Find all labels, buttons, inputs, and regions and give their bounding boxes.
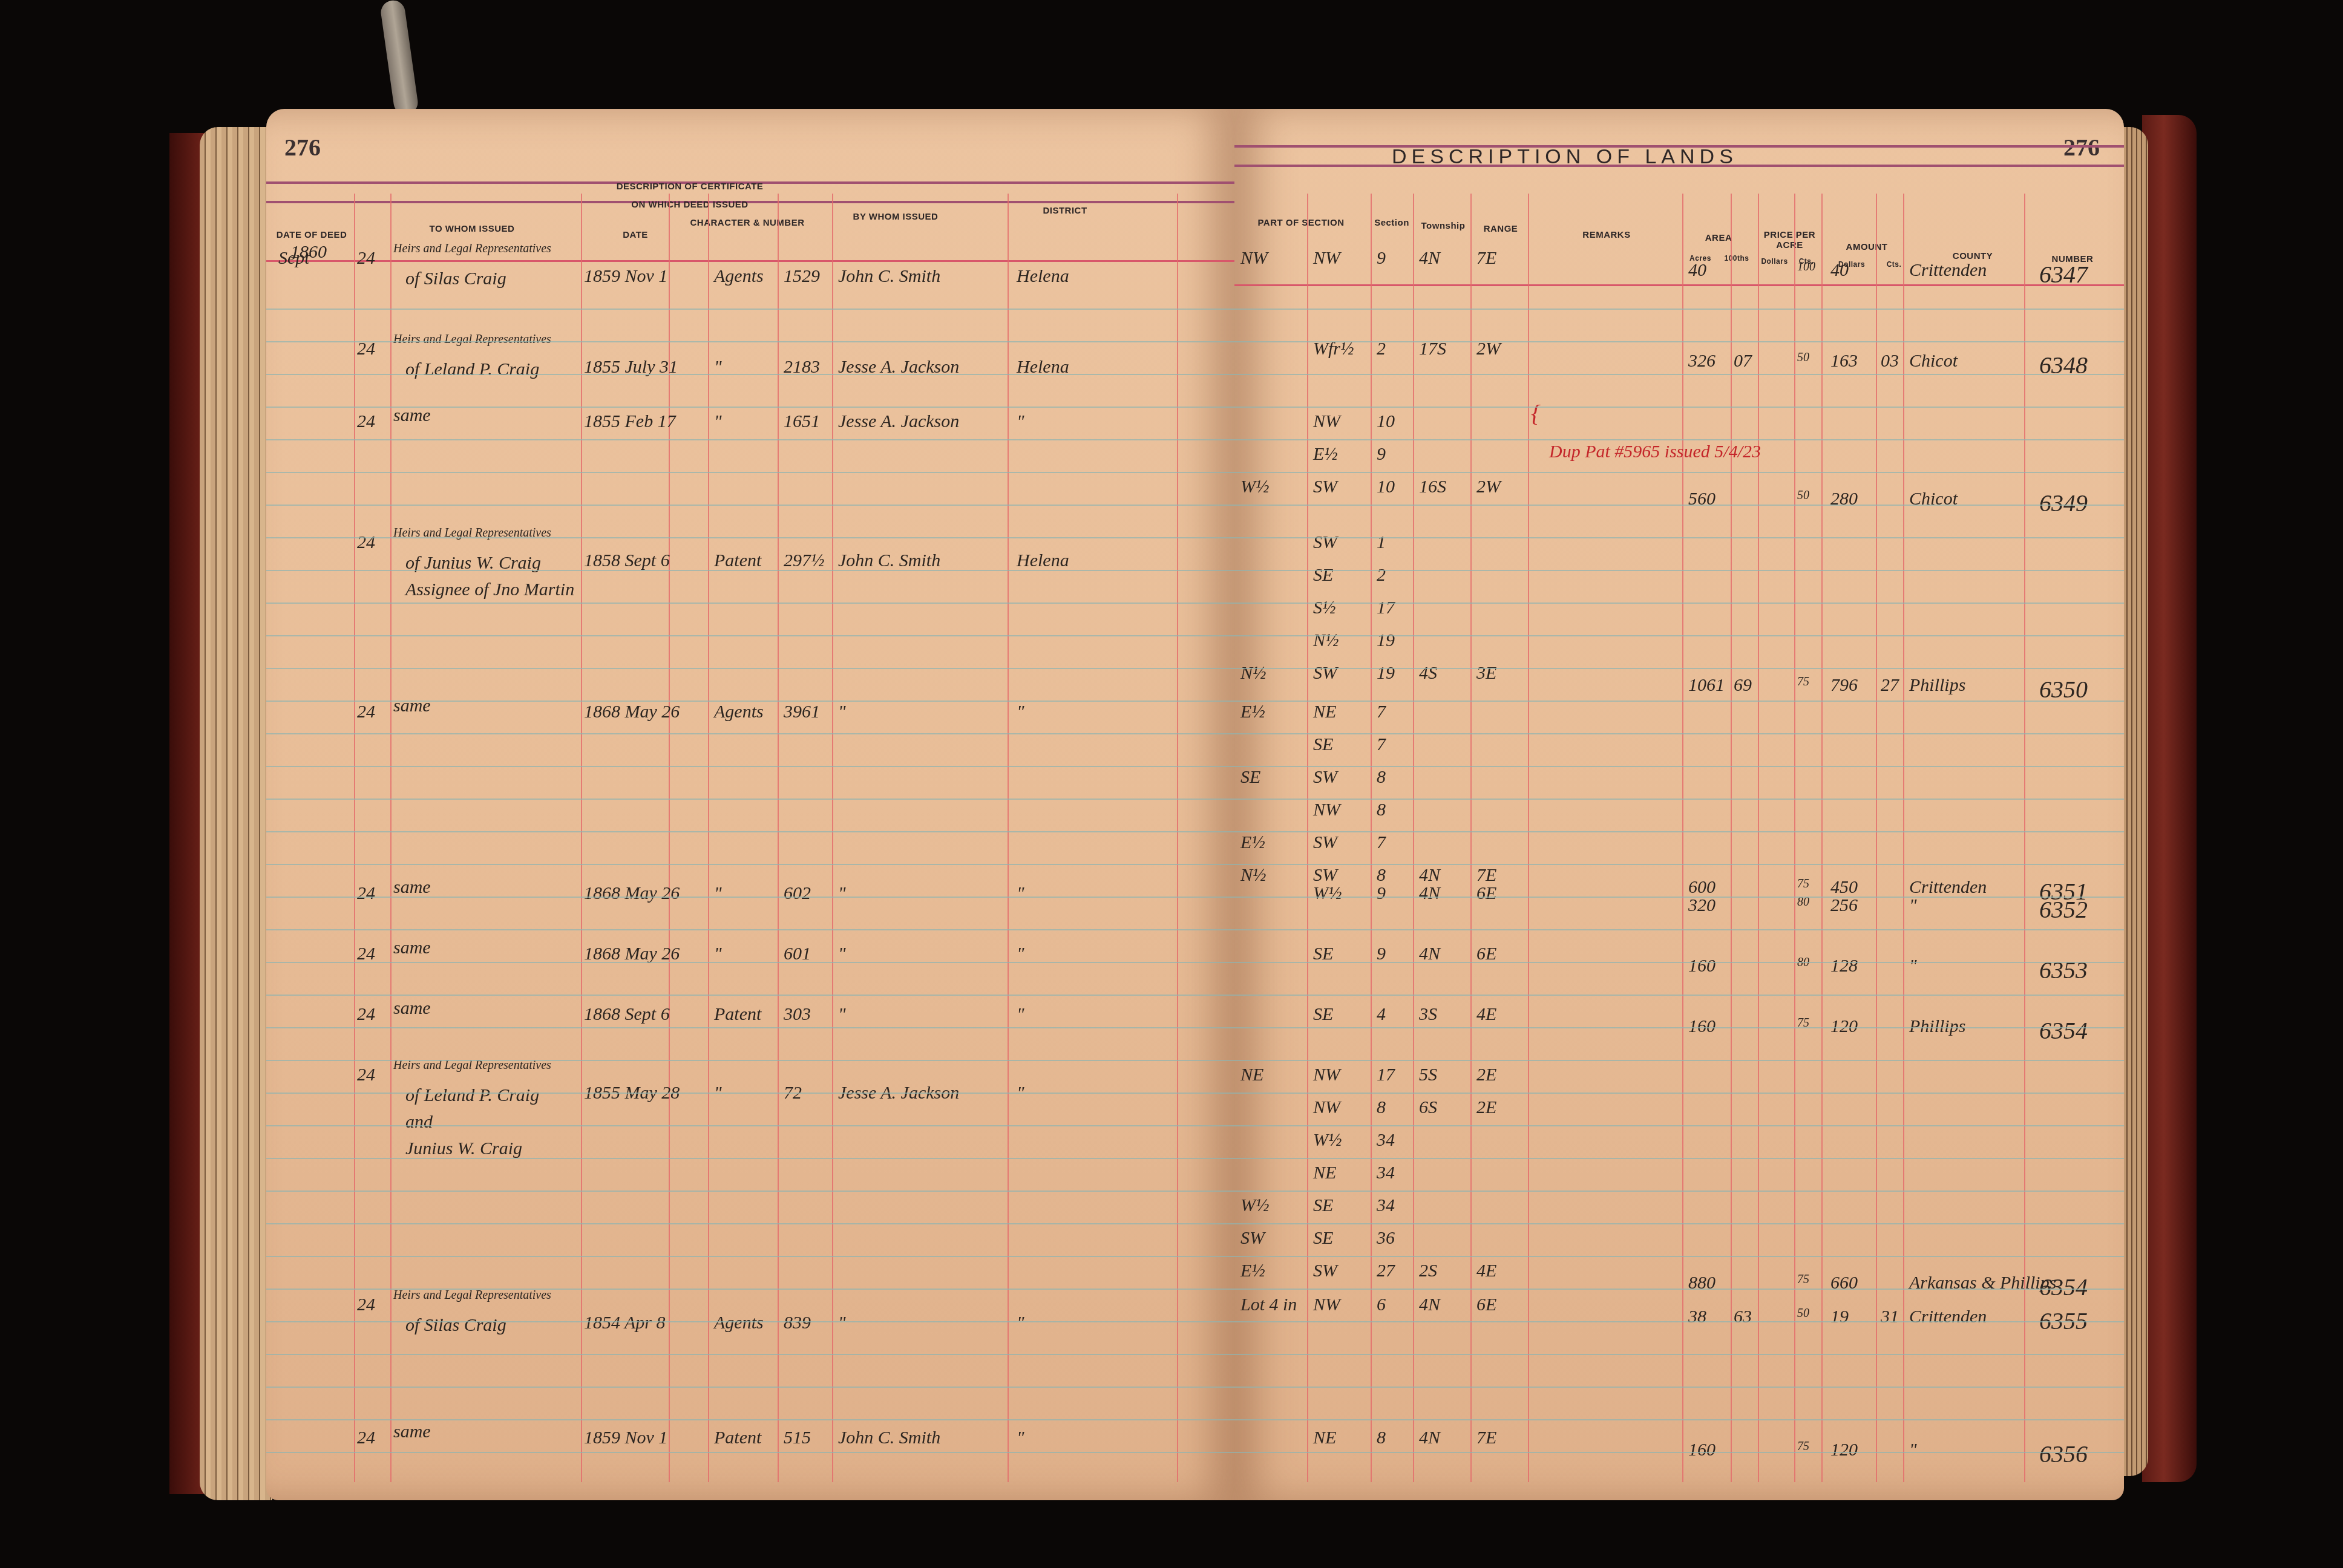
township: 4N bbox=[1419, 944, 1440, 964]
county: Crittenden bbox=[1909, 260, 1987, 281]
header-by-whom-issued: BY WHOM ISSUED bbox=[811, 212, 980, 222]
certificate-date: 1854 Apr 8 bbox=[584, 1313, 665, 1333]
amount-dollars: 120 bbox=[1830, 1016, 1858, 1037]
header-district: DISTRICT bbox=[980, 206, 1150, 216]
quarter-section: E½ bbox=[1313, 444, 1338, 465]
certificate-number: 602 bbox=[784, 883, 811, 904]
range: 4E bbox=[1476, 1004, 1496, 1025]
ruled-line bbox=[266, 1158, 1234, 1159]
amount-dollars: 40 bbox=[1830, 260, 1849, 281]
price-per-acre-cts: 50 bbox=[1797, 1307, 1809, 1321]
price-per-acre-cts: 100 bbox=[1797, 260, 1815, 274]
quarter-section: NW bbox=[1313, 1097, 1340, 1118]
book-cover-right bbox=[2142, 115, 2197, 1482]
ruled-line bbox=[266, 1191, 1234, 1192]
certificate-number: 303 bbox=[784, 1004, 811, 1025]
ruled-line bbox=[1234, 1256, 2124, 1257]
certificate-character: " bbox=[714, 883, 722, 904]
section-number: 10 bbox=[1377, 477, 1395, 497]
ruled-line bbox=[1234, 1387, 2124, 1388]
ruled-line bbox=[266, 505, 1234, 506]
ruled-line bbox=[1234, 1158, 2124, 1159]
ruled-line bbox=[266, 1060, 1234, 1061]
quarter-section: NE bbox=[1313, 1428, 1336, 1448]
quarter-section: SE bbox=[1313, 734, 1333, 755]
section-number: 17 bbox=[1377, 1065, 1395, 1085]
ruled-line bbox=[1234, 831, 2124, 832]
ruled-line bbox=[266, 537, 1234, 538]
header-cert-date: DATE bbox=[581, 230, 690, 240]
part-of-section: SW bbox=[1240, 1228, 1265, 1249]
section-number: 9 bbox=[1377, 883, 1386, 904]
quarter-section: SW bbox=[1313, 865, 1337, 886]
area-acres: 160 bbox=[1688, 1440, 1715, 1460]
certificate-character: Agents bbox=[714, 266, 764, 287]
page-edges-left bbox=[200, 127, 272, 1500]
ruled-line bbox=[1234, 635, 2124, 636]
township: 4N bbox=[1419, 1295, 1440, 1315]
ruled-line bbox=[1234, 1093, 2124, 1094]
ruled-line bbox=[266, 897, 1234, 898]
deed-number: 6350 bbox=[2039, 675, 2088, 704]
area-acres: 560 bbox=[1688, 489, 1715, 509]
township: 4N bbox=[1419, 883, 1440, 904]
ruled-line bbox=[266, 962, 1234, 963]
ruled-line bbox=[266, 864, 1234, 865]
quarter-section: SE bbox=[1313, 944, 1333, 964]
range: 4E bbox=[1476, 1261, 1496, 1281]
range: 6E bbox=[1476, 944, 1496, 964]
quarter-section: SW bbox=[1313, 477, 1337, 497]
part-of-section: Lot 4 in bbox=[1240, 1295, 1297, 1315]
quarter-section: SE bbox=[1313, 1195, 1333, 1216]
certificate-number: 297½ bbox=[784, 550, 825, 571]
ruled-line bbox=[266, 668, 1234, 669]
section-number: 34 bbox=[1377, 1195, 1395, 1216]
range: 2W bbox=[1476, 477, 1501, 497]
part-of-section: E½ bbox=[1240, 832, 1265, 853]
ruled-line bbox=[266, 472, 1234, 473]
certificate-number: 839 bbox=[784, 1313, 811, 1333]
deed-day: 24 bbox=[357, 702, 375, 722]
ruled-line bbox=[266, 341, 1234, 342]
ruled-line bbox=[1234, 537, 2124, 538]
header-to-whom-issued: TO WHOM ISSUED bbox=[387, 224, 557, 234]
deed-number: 6356 bbox=[2039, 1440, 2088, 1468]
certificate-date: 1855 Feb 17 bbox=[584, 411, 676, 432]
deed-day: 24 bbox=[357, 1065, 375, 1085]
county: Chicot bbox=[1909, 489, 1958, 509]
range: 3E bbox=[1476, 663, 1496, 684]
quarter-section: SW bbox=[1313, 532, 1337, 553]
township: 16S bbox=[1419, 477, 1446, 497]
issued-by: " bbox=[838, 702, 846, 722]
range: 2E bbox=[1476, 1065, 1496, 1085]
ruled-line bbox=[266, 635, 1234, 636]
ruled-line bbox=[1234, 1027, 2124, 1028]
amount-dollars: 19 bbox=[1830, 1307, 1849, 1327]
deed-number: 6347 bbox=[2039, 260, 2088, 289]
quarter-section: NE bbox=[1313, 702, 1336, 722]
ruled-line bbox=[266, 1223, 1234, 1224]
section-number: 2 bbox=[1377, 565, 1386, 586]
township: 4S bbox=[1419, 663, 1437, 684]
header-amount-cts: Cts. bbox=[1879, 260, 1909, 269]
area-acres: 320 bbox=[1688, 895, 1715, 916]
ruled-line bbox=[1234, 897, 2124, 898]
header-certificate-group: DESCRIPTION OF CERTIFICATE bbox=[581, 181, 799, 192]
ruled-line bbox=[266, 374, 1234, 375]
header-area: AREA bbox=[1682, 233, 1755, 243]
part-of-section: W½ bbox=[1240, 1195, 1270, 1216]
ruled-line bbox=[266, 1452, 1234, 1453]
part-of-section: NW bbox=[1240, 248, 1268, 269]
deed-number: 6353 bbox=[2039, 956, 2088, 984]
description-of-lands-title: DESCRIPTION OF LANDS bbox=[1392, 145, 1738, 169]
price-per-acre-cts: 75 bbox=[1797, 877, 1809, 891]
range: 7E bbox=[1476, 1428, 1496, 1448]
amount-dollars: 128 bbox=[1830, 956, 1858, 976]
to-whom-issued-line: of Leland P. Craig bbox=[405, 359, 539, 380]
header-character-number: CHARACTER & NUMBER bbox=[690, 218, 805, 228]
issued-by: " bbox=[838, 1004, 846, 1025]
ruled-line bbox=[1234, 341, 2124, 342]
ruled-line bbox=[266, 309, 1234, 310]
part-of-section: N½ bbox=[1240, 865, 1267, 886]
section-number: 1 bbox=[1377, 532, 1386, 553]
area-acres: 160 bbox=[1688, 1016, 1715, 1037]
to-whom-issued-line: same bbox=[393, 998, 431, 1019]
ruled-line bbox=[266, 799, 1234, 800]
district: " bbox=[1017, 702, 1024, 722]
ruled-line bbox=[266, 733, 1234, 734]
area-acres: 880 bbox=[1688, 1273, 1715, 1293]
ruled-line bbox=[1234, 1289, 2124, 1290]
deed-day: 24 bbox=[357, 248, 375, 269]
deed-day: 24 bbox=[357, 1004, 375, 1025]
to-whom-issued-line: Heirs and Legal Representatives bbox=[393, 1289, 551, 1302]
price-per-acre-cts: 75 bbox=[1797, 675, 1809, 689]
section-number: 34 bbox=[1377, 1163, 1395, 1183]
ruled-line bbox=[1234, 309, 2124, 310]
certificate-number: 3961 bbox=[784, 702, 820, 722]
ruled-line bbox=[1234, 733, 2124, 734]
quarter-section: NW bbox=[1313, 1065, 1340, 1085]
section-number: 8 bbox=[1377, 1428, 1386, 1448]
quarter-section: NW bbox=[1313, 411, 1340, 432]
ruled-line bbox=[1234, 570, 2124, 571]
issued-by: John C. Smith bbox=[838, 1428, 940, 1448]
certificate-character: Agents bbox=[714, 1313, 764, 1333]
header-amount: AMOUNT bbox=[1824, 242, 1909, 252]
amount-dollars: 120 bbox=[1830, 1440, 1858, 1460]
remark-note: Dup Pat #5965 issued 5/4/23 bbox=[1549, 442, 1761, 462]
ruled-line bbox=[266, 1093, 1234, 1094]
ruled-line bbox=[1234, 1419, 2124, 1420]
to-whom-issued-line: same bbox=[393, 938, 431, 958]
county: Phillips bbox=[1909, 1016, 1965, 1037]
section-number: 6 bbox=[1377, 1295, 1386, 1315]
district: Helena bbox=[1017, 550, 1069, 571]
certificate-number: 1651 bbox=[784, 411, 820, 432]
ruled-line bbox=[1234, 864, 2124, 865]
ruled-line bbox=[1234, 407, 2124, 408]
to-whom-issued-line: same bbox=[393, 877, 431, 898]
ruled-line bbox=[1234, 1060, 2124, 1061]
district: Helena bbox=[1017, 266, 1069, 287]
quarter-section: NW bbox=[1313, 248, 1340, 269]
to-whom-issued-line: Junius W. Craig bbox=[405, 1138, 522, 1159]
range: 7E bbox=[1476, 248, 1496, 269]
to-whom-issued-line: same bbox=[393, 1422, 431, 1442]
quarter-section: NW bbox=[1313, 800, 1340, 820]
section-number: 10 bbox=[1377, 411, 1395, 432]
township: 4N bbox=[1419, 1428, 1440, 1448]
district: " bbox=[1017, 1004, 1024, 1025]
county: Arkansas & Phillips bbox=[1909, 1273, 2056, 1293]
header-certificate-sub: ON WHICH DEED ISSUED bbox=[581, 200, 799, 210]
section-number: 19 bbox=[1377, 630, 1395, 651]
left-page: 276 DATE OF DEED 1860 TO WHOM ISSUED DES… bbox=[266, 109, 1234, 1500]
header-remarks: REMARKS bbox=[1537, 230, 1676, 240]
certificate-date: 1868 May 26 bbox=[584, 702, 680, 722]
issued-by: " bbox=[838, 1313, 846, 1333]
to-whom-issued-line: same bbox=[393, 405, 431, 426]
quarter-section: SW bbox=[1313, 832, 1337, 853]
deed-day: 24 bbox=[357, 1295, 375, 1315]
ruled-line bbox=[266, 766, 1234, 767]
section-number: 36 bbox=[1377, 1228, 1395, 1249]
deed-day: 24 bbox=[357, 883, 375, 904]
header-township: Township bbox=[1416, 221, 1470, 231]
district: " bbox=[1017, 883, 1024, 904]
section-number: 8 bbox=[1377, 1097, 1386, 1118]
quarter-section: SE bbox=[1313, 565, 1333, 586]
section-number: 7 bbox=[1377, 734, 1386, 755]
certificate-date: 1859 Nov 1 bbox=[584, 266, 667, 287]
ruled-line bbox=[1234, 929, 2124, 930]
ruled-line bbox=[266, 407, 1234, 408]
area-acres: 326 bbox=[1688, 351, 1715, 371]
header-hundredths: 100ths bbox=[1719, 254, 1755, 263]
area-acres: 1061 bbox=[1688, 675, 1725, 696]
certificate-number: 515 bbox=[784, 1428, 811, 1448]
certificate-date: 1868 Sept 6 bbox=[584, 1004, 670, 1025]
to-whom-issued-line: Heirs and Legal Representatives bbox=[393, 242, 551, 256]
section-number: 8 bbox=[1377, 865, 1386, 886]
quarter-section: W½ bbox=[1313, 1130, 1342, 1151]
page-number-left: 276 bbox=[284, 133, 321, 162]
ruled-line bbox=[1234, 766, 2124, 767]
district: " bbox=[1017, 411, 1024, 432]
section-number: 34 bbox=[1377, 1130, 1395, 1151]
deed-month: Sept bbox=[278, 248, 310, 269]
part-of-section: NE bbox=[1240, 1065, 1263, 1085]
section-number: 9 bbox=[1377, 444, 1386, 465]
header-price-per-acre: PRICE PER ACRE bbox=[1758, 230, 1821, 250]
part-of-section: SE bbox=[1240, 767, 1260, 788]
certificate-character: " bbox=[714, 944, 722, 964]
header-date-of-deed: DATE OF DEED bbox=[272, 230, 351, 240]
deed-number: 6354 bbox=[2039, 1016, 2088, 1045]
area-acres: 160 bbox=[1688, 956, 1715, 976]
ruled-line bbox=[266, 929, 1234, 930]
section-number: 7 bbox=[1377, 832, 1386, 853]
ruled-line bbox=[266, 701, 1234, 702]
to-whom-issued-line: of Silas Craig bbox=[405, 1315, 506, 1336]
quarter-section: SW bbox=[1313, 767, 1337, 788]
range: 7E bbox=[1476, 865, 1496, 886]
county: Phillips bbox=[1909, 675, 1965, 696]
section-number: 8 bbox=[1377, 767, 1386, 788]
part-of-section: W½ bbox=[1240, 477, 1270, 497]
ruled-line bbox=[1234, 962, 2124, 963]
ruled-line bbox=[266, 831, 1234, 832]
ruled-line bbox=[266, 1321, 1234, 1322]
quarter-section: SE bbox=[1313, 1228, 1333, 1249]
issued-by: " bbox=[838, 944, 846, 964]
township: 5S bbox=[1419, 1065, 1437, 1085]
county: Crittenden bbox=[1909, 1307, 1987, 1327]
ruled-line bbox=[1234, 505, 2124, 506]
header-part-of-section: PART OF SECTION bbox=[1234, 218, 1368, 228]
quarter-section: N½ bbox=[1313, 630, 1339, 651]
ruled-line bbox=[1234, 995, 2124, 996]
township: 3S bbox=[1419, 1004, 1437, 1025]
amount-dollars: 450 bbox=[1830, 877, 1858, 898]
deed-number: 6354 bbox=[2039, 1273, 2088, 1301]
ruled-line bbox=[1234, 603, 2124, 604]
area-hundredths: 63 bbox=[1734, 1307, 1752, 1327]
district: " bbox=[1017, 1428, 1024, 1448]
quarter-section: W½ bbox=[1313, 883, 1342, 904]
county: " bbox=[1909, 895, 1917, 916]
county: Chicot bbox=[1909, 351, 1958, 371]
amount-dollars: 163 bbox=[1830, 351, 1858, 371]
quarter-section: NE bbox=[1313, 1163, 1336, 1183]
amount-dollars: 660 bbox=[1830, 1273, 1858, 1293]
issued-by: John C. Smith bbox=[838, 266, 940, 287]
quarter-section: SE bbox=[1313, 1004, 1333, 1025]
section-number: 4 bbox=[1377, 1004, 1386, 1025]
certificate-date: 1868 May 26 bbox=[584, 944, 680, 964]
certificate-character: Agents bbox=[714, 702, 764, 722]
ruled-line bbox=[266, 570, 1234, 571]
part-of-section: E½ bbox=[1240, 702, 1265, 722]
quarter-section: S½ bbox=[1313, 598, 1336, 618]
district: " bbox=[1017, 944, 1024, 964]
ruled-line bbox=[266, 1354, 1234, 1355]
amount-dollars: 280 bbox=[1830, 489, 1858, 509]
ruled-line bbox=[266, 1125, 1234, 1126]
township: 4N bbox=[1419, 248, 1440, 269]
ruled-line bbox=[1234, 799, 2124, 800]
certificate-number: 1529 bbox=[784, 266, 820, 287]
certificate-character: " bbox=[714, 411, 722, 432]
county: " bbox=[1909, 1440, 1917, 1460]
county: " bbox=[1909, 956, 1917, 976]
header-section: Section bbox=[1371, 218, 1413, 228]
ruled-line bbox=[266, 1289, 1234, 1290]
area-acres: 40 bbox=[1688, 260, 1706, 281]
ruled-line bbox=[1234, 1452, 2124, 1453]
ruled-line bbox=[1234, 1354, 2124, 1355]
township: 2S bbox=[1419, 1261, 1437, 1281]
section-number: 8 bbox=[1377, 800, 1386, 820]
ruled-line bbox=[266, 1419, 1234, 1420]
section-number: 19 bbox=[1377, 663, 1395, 684]
section-number: 9 bbox=[1377, 944, 1386, 964]
ruled-line bbox=[1234, 1125, 2124, 1126]
amount-cts: 03 bbox=[1881, 351, 1899, 371]
county: Crittenden bbox=[1909, 877, 1987, 898]
area-acres: 600 bbox=[1688, 877, 1715, 898]
deed-number: 6349 bbox=[2039, 489, 2088, 517]
certificate-date: 1859 Nov 1 bbox=[584, 1428, 667, 1448]
to-whom-issued-line: same bbox=[393, 696, 431, 716]
range: 6E bbox=[1476, 883, 1496, 904]
quarter-section: NW bbox=[1313, 1295, 1340, 1315]
ruled-line bbox=[1234, 1223, 2124, 1224]
quarter-section: SW bbox=[1313, 663, 1337, 684]
issued-by: John C. Smith bbox=[838, 550, 940, 571]
section-number: 17 bbox=[1377, 598, 1395, 618]
ruled-line bbox=[1234, 472, 2124, 473]
amount-cts: 31 bbox=[1881, 1307, 1899, 1327]
header-range: RANGE bbox=[1473, 224, 1528, 234]
to-whom-issued-line: and bbox=[405, 1112, 433, 1132]
price-per-acre-cts: 50 bbox=[1797, 489, 1809, 503]
area-acres: 38 bbox=[1688, 1307, 1706, 1327]
ruled-line bbox=[266, 995, 1234, 996]
area-hundredths: 07 bbox=[1734, 351, 1752, 371]
price-per-acre-cts: 50 bbox=[1797, 351, 1809, 365]
section-number: 7 bbox=[1377, 702, 1386, 722]
part-of-section: N½ bbox=[1240, 663, 1267, 684]
ruled-line bbox=[1234, 439, 2124, 440]
certificate-number: 601 bbox=[784, 944, 811, 964]
certificate-date: 1858 Sept 6 bbox=[584, 550, 670, 571]
section-number: 27 bbox=[1377, 1261, 1395, 1281]
header-price-dollars: Dollars bbox=[1758, 257, 1791, 266]
to-whom-issued-line: Assignee of Jno Martin bbox=[405, 580, 574, 600]
certificate-character: Patent bbox=[714, 1428, 761, 1448]
to-whom-issued-line: of Leland P. Craig bbox=[405, 1085, 539, 1106]
deed-number: 6352 bbox=[2039, 895, 2088, 924]
quarter-section: SW bbox=[1313, 1261, 1337, 1281]
range: 6E bbox=[1476, 1295, 1496, 1315]
township: 4N bbox=[1419, 865, 1440, 886]
to-whom-issued-line: of Silas Craig bbox=[405, 269, 506, 289]
ruled-line bbox=[1234, 1321, 2124, 1322]
deed-day: 24 bbox=[357, 944, 375, 964]
certificate-character: Patent bbox=[714, 1004, 761, 1025]
ruled-line bbox=[1234, 1191, 2124, 1192]
certificate-character: Patent bbox=[714, 550, 761, 571]
right-page: 276 DESCRIPTION OF LANDS PART OF SECTION… bbox=[1234, 109, 2124, 1500]
ruled-line bbox=[266, 1387, 1234, 1388]
ruled-line bbox=[1234, 701, 2124, 702]
ruled-line bbox=[1234, 668, 2124, 669]
issued-by: " bbox=[838, 883, 846, 904]
ruled-line bbox=[266, 1256, 1234, 1257]
area-hundredths: 69 bbox=[1734, 675, 1752, 696]
issued-by: Jesse A. Jackson bbox=[838, 411, 959, 432]
range: 2E bbox=[1476, 1097, 1496, 1118]
price-per-acre-cts: 75 bbox=[1797, 1273, 1809, 1287]
ruled-line bbox=[266, 603, 1234, 604]
certificate-date: 1868 May 26 bbox=[584, 883, 680, 904]
